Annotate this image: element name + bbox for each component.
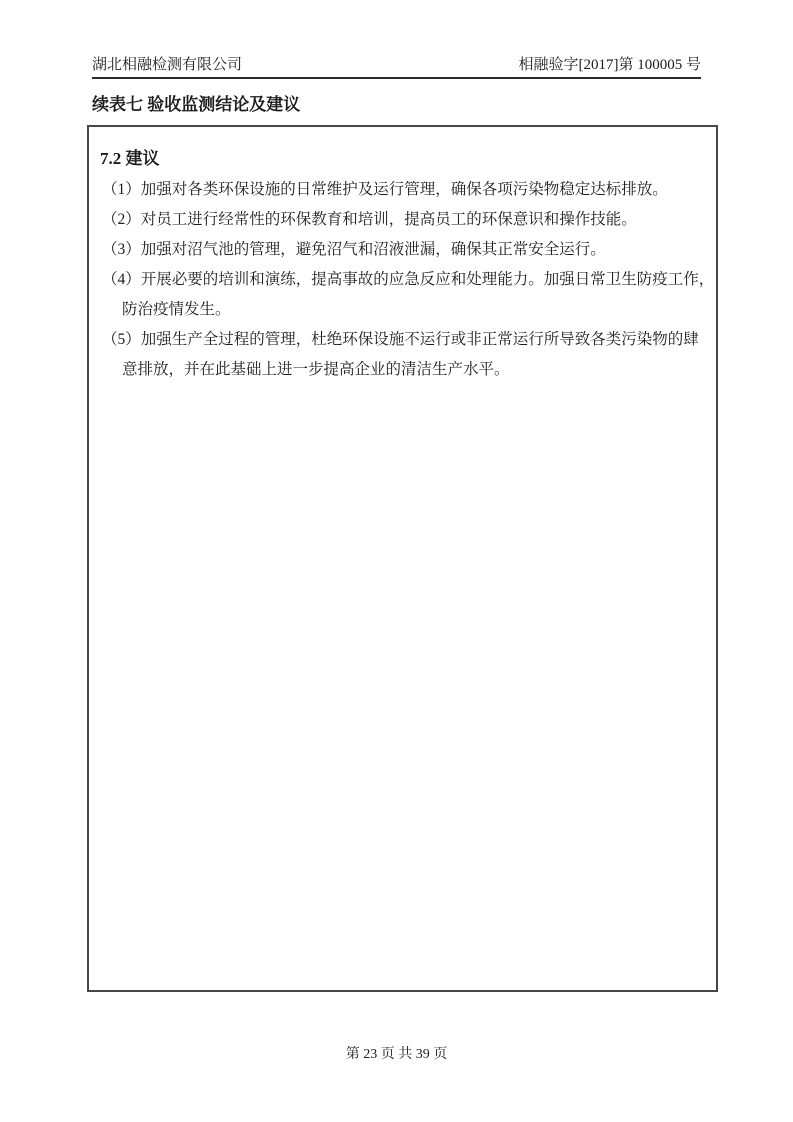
suggestion-line-continuation: 意排放，并在此基础上进一步提高企业的清洁生产水平。 [89,355,716,385]
suggestion-line: （3）加强对沼气池的管理，避免沼气和沼液泄漏，确保其正常安全运行。 [89,235,716,265]
header-rule [92,77,701,79]
content-box: 7.2 建议 （1）加强对各类环保设施的日常维护及运行管理，确保各项污染物稳定达… [87,125,718,992]
suggestion-item-2: （2）对员工进行经常性的环保教育和培训，提高员工的环保意识和操作技能。 [89,205,716,235]
suggestion-item-5: （5）加强生产全过程的管理，杜绝环保设施不运行或非正常运行所导致各类污染物的肆 … [89,325,716,385]
page-header: 湖北相融检测有限公司 相融验字[2017]第 100005 号 [92,56,701,75]
suggestion-line-continuation: 防治疫情发生。 [89,295,716,325]
page-title: 续表七 验收监测结论及建议 [92,95,300,115]
suggestion-item-4: （4）开展必要的培训和演练，提高事故的应急反应和处理能力。加强日常卫生防疫工作，… [89,265,716,325]
suggestion-line: （1）加强对各类环保设施的日常维护及运行管理，确保各项污染物稳定达标排放。 [89,175,716,205]
section-heading: 7.2 建议 [100,148,716,170]
suggestion-line: （2）对员工进行经常性的环保教育和培训，提高员工的环保意识和操作技能。 [89,205,716,235]
page-number-footer: 第 23 页 共 39 页 [0,1046,793,1064]
document-page: 湖北相融检测有限公司 相融验字[2017]第 100005 号 续表七 验收监测… [0,0,793,1122]
header-doc-number: 相融验字[2017]第 100005 号 [519,56,702,75]
suggestion-item-3: （3）加强对沼气池的管理，避免沼气和沼液泄漏，确保其正常安全运行。 [89,235,716,265]
suggestion-line: （5）加强生产全过程的管理，杜绝环保设施不运行或非正常运行所导致各类污染物的肆 [89,325,716,355]
header-company-name: 湖北相融检测有限公司 [92,56,242,75]
suggestion-list: （1）加强对各类环保设施的日常维护及运行管理，确保各项污染物稳定达标排放。 （2… [89,175,716,385]
suggestion-line: （4）开展必要的培训和演练，提高事故的应急反应和处理能力。加强日常卫生防疫工作， [89,265,716,295]
suggestion-item-1: （1）加强对各类环保设施的日常维护及运行管理，确保各项污染物稳定达标排放。 [89,175,716,205]
